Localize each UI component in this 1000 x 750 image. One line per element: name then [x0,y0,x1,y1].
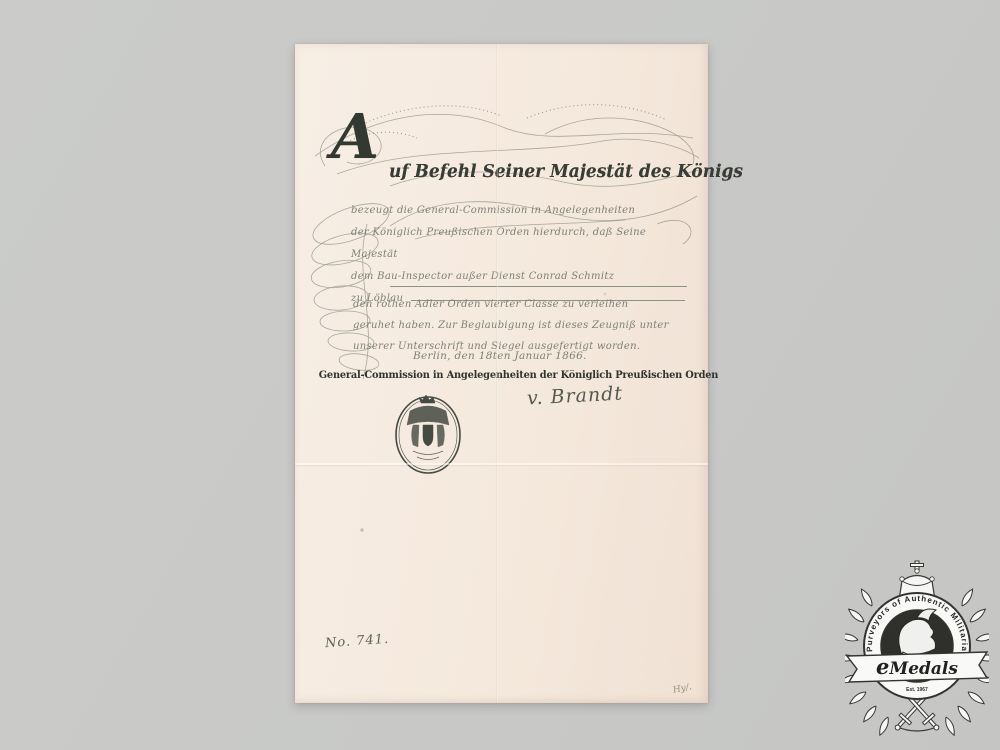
page-title: uf Befehl Seiner Majestät des Königs [389,162,743,182]
handwritten-line: geruhet haben. Zur Beglaubigung ist dies… [353,315,687,336]
handwritten-line: den rothen Adler Orden vierter Classe zu… [353,294,687,315]
document-paper: A uf Befehl Seiner Majestät des Königs b… [295,44,708,703]
commission-printed-line: General-Commission in Angelegenheiten de… [319,370,685,381]
document-number: No. 741. [325,632,390,651]
vertical-fold-crease [496,44,498,703]
handwritten-line: bezeugt die General-Commission in Angele… [351,200,687,222]
handwritten-line: dem Bau-Inspector außer Dienst Conrad Sc… [351,266,687,288]
emedals-watermark-logo: Purveyors of Authentic Militaria eMedals… [845,560,989,742]
handwritten-line: der Königlich Preußischen Orden hierdurc… [351,222,687,266]
horizontal-rule [390,286,687,287]
horizontal-fold-crease [295,463,708,465]
heading-ornamental-initial: A [331,106,377,168]
photo-background: A uf Befehl Seiner Majestät des Königs b… [0,0,1000,750]
pencil-annotation: Hy/. [672,682,692,696]
logo-established-text: Est. 1967 [906,687,928,693]
handwritten-paragraph-2: den rothen Adler Orden vierter Classe zu… [353,294,687,357]
date-line: Berlin, den 18ten Januar 1866. [413,350,587,362]
